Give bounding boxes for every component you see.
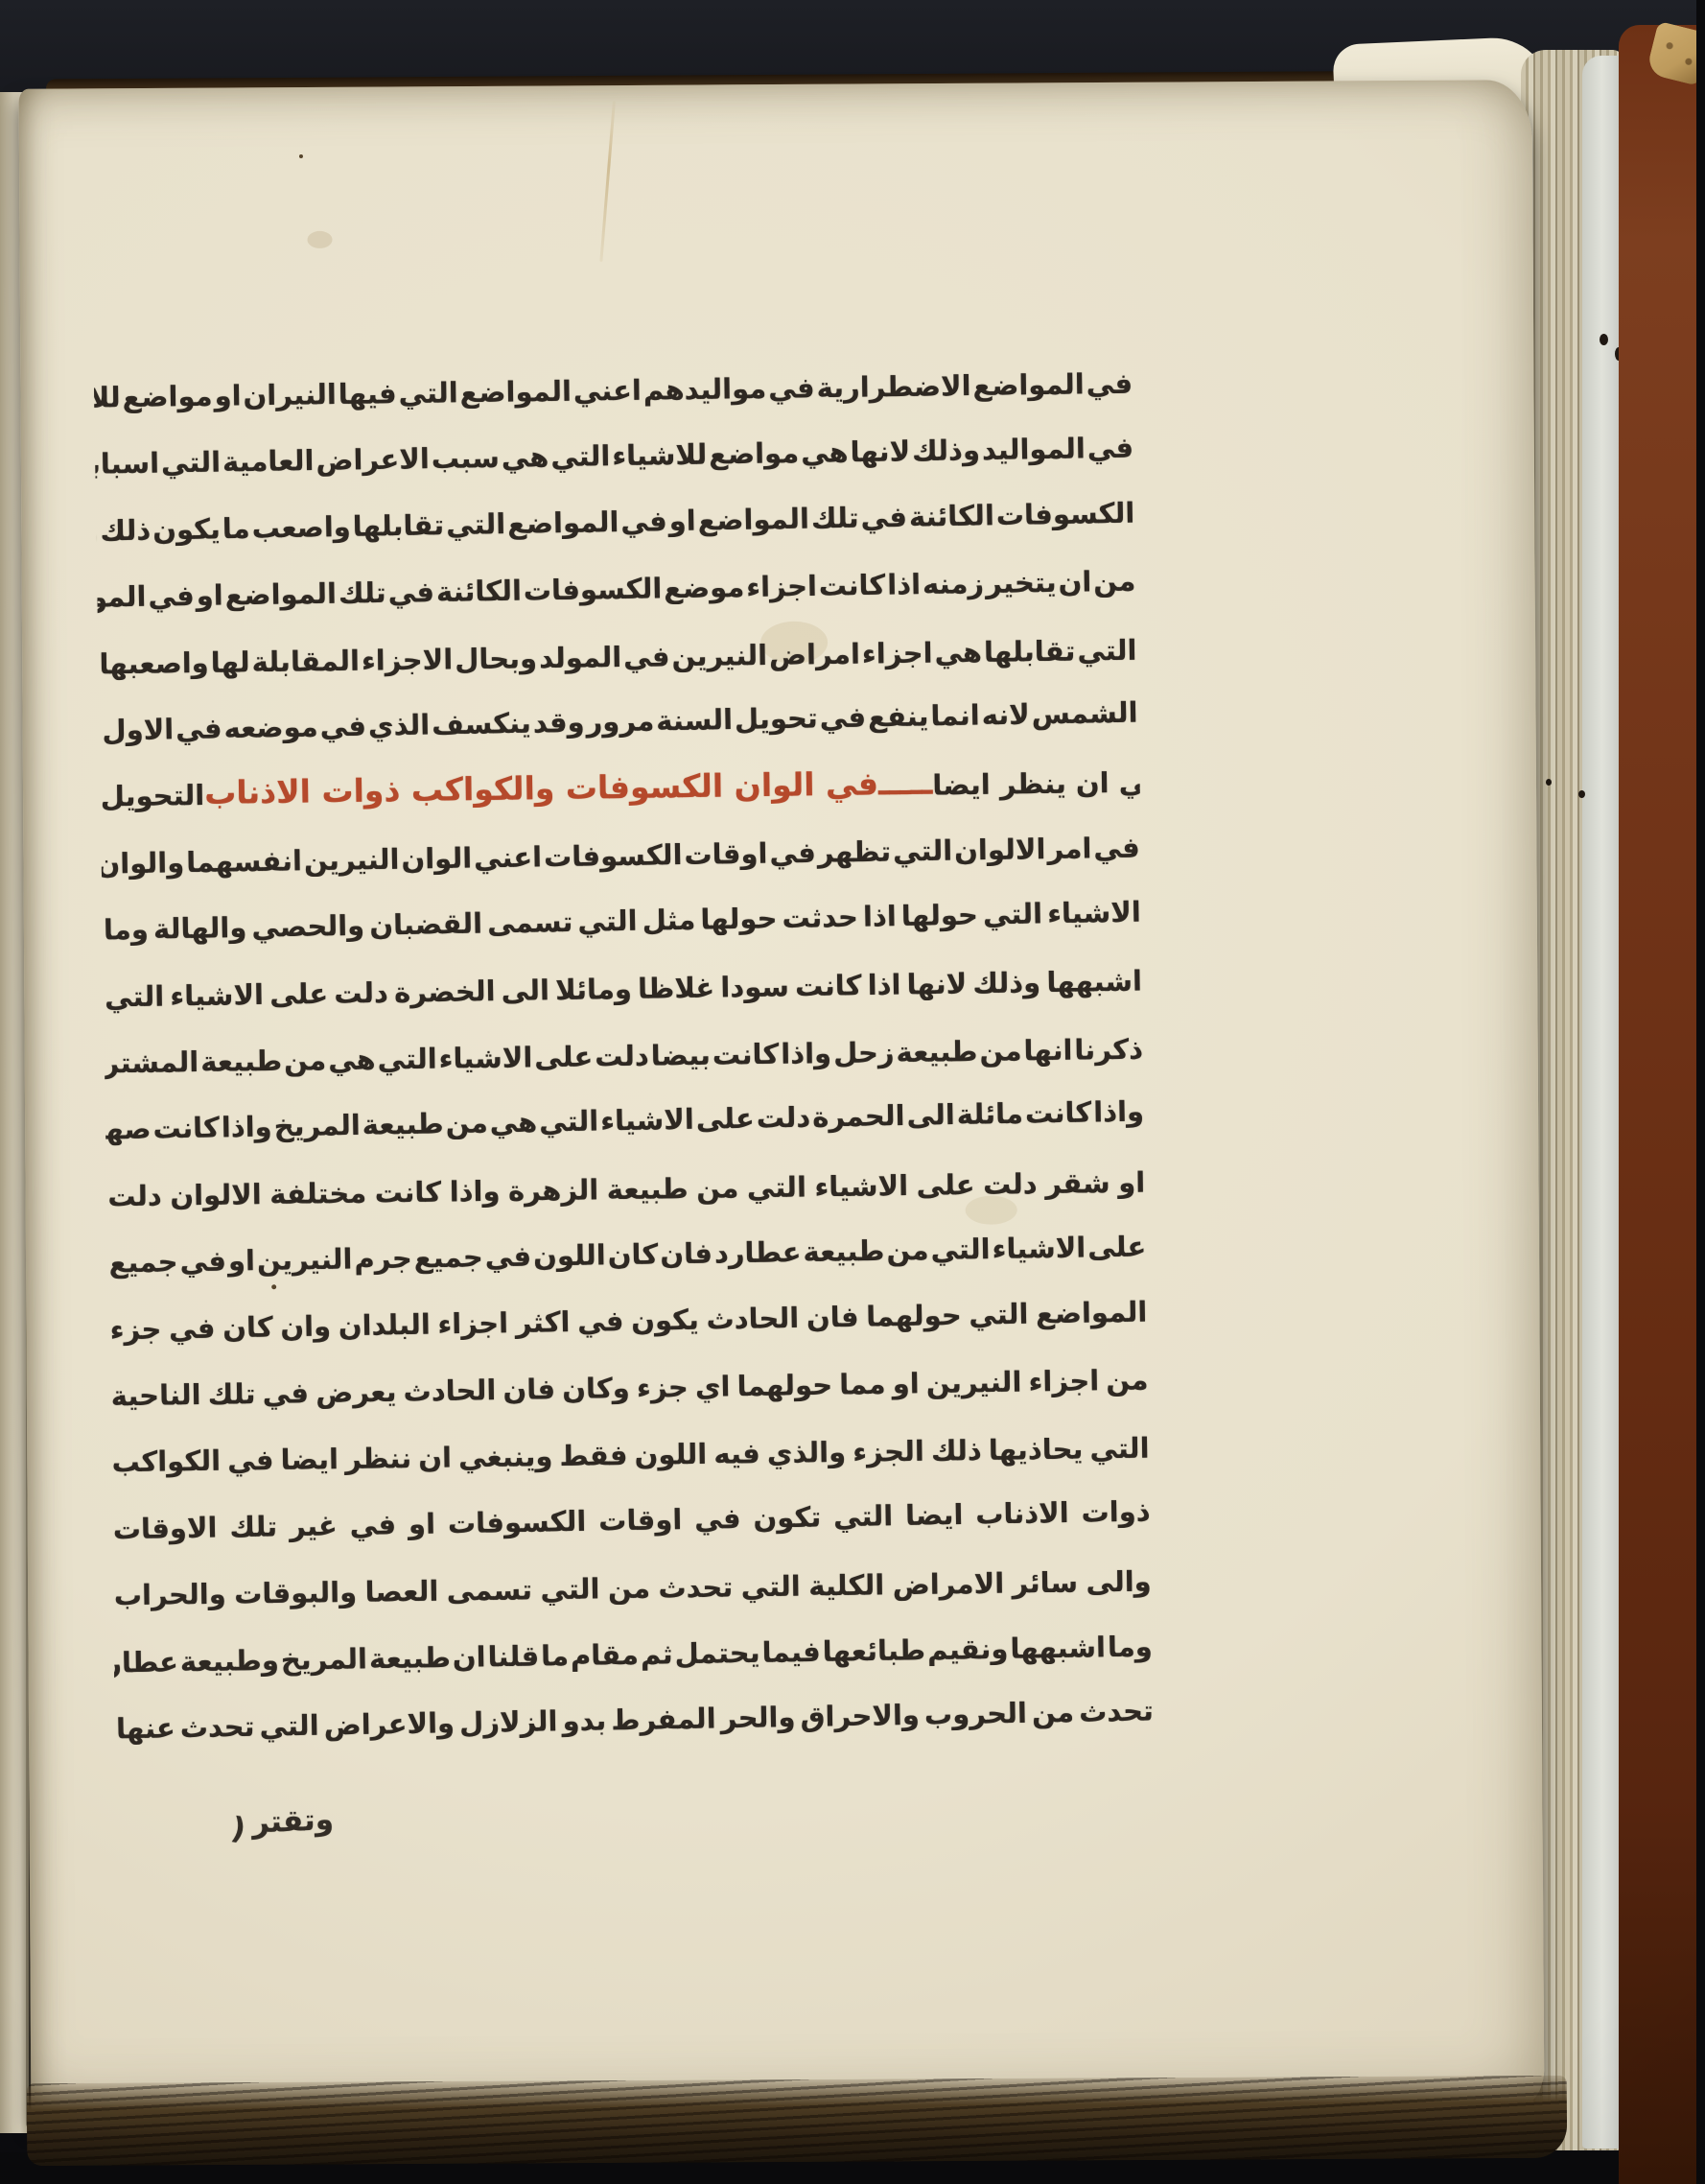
word: هي <box>801 435 849 469</box>
word: سبب <box>432 441 501 475</box>
word: وان <box>280 1309 331 1343</box>
word: من <box>1093 565 1136 599</box>
word: المشتري <box>105 1045 199 1079</box>
word: كان <box>222 1310 273 1344</box>
word: اشبهها <box>1010 1631 1106 1665</box>
word: الخضرة <box>394 975 496 1009</box>
word: التي <box>377 1043 436 1076</box>
word: جميع <box>413 1240 483 1274</box>
word: وينبغي <box>458 1440 553 1473</box>
text-block: فيالمواضعالاضطراريةفيمواليدهماعنيالمواضع… <box>94 348 1157 1899</box>
word: تلك <box>811 502 859 535</box>
word: في <box>387 575 434 609</box>
word: يتخير <box>986 566 1057 599</box>
word: او <box>214 379 241 411</box>
word: اسبابها <box>95 447 160 481</box>
word: ان <box>1058 565 1091 599</box>
word: الاشياء <box>814 1169 908 1203</box>
word: جزء <box>109 1312 161 1346</box>
word: الاجزاء <box>362 643 454 676</box>
word: الذي <box>368 708 431 741</box>
word: من <box>696 1171 739 1205</box>
word: من <box>886 1233 929 1267</box>
word: وقت <box>99 714 101 746</box>
word: النيرين <box>257 1242 353 1277</box>
word: على <box>269 977 329 1011</box>
word: الكسوفات <box>996 497 1135 532</box>
word: التي <box>740 1570 800 1604</box>
word: المواضع <box>459 375 572 410</box>
manuscript-line: مناجزاءالنيريناومماحولهماايجزءوكانفانالح… <box>109 1346 1150 1412</box>
word: مقام <box>571 1638 640 1672</box>
word: تحدث <box>180 1710 255 1744</box>
word: الاضطرارية <box>816 369 970 404</box>
word: الاشياء <box>1047 896 1141 930</box>
word: في <box>262 1376 309 1410</box>
word: طبيعة <box>803 1234 884 1268</box>
word: في <box>577 1304 624 1338</box>
manuscript-line: التحويلفي الوان الكسوفات والكواكب ذوات ا… <box>100 749 1140 813</box>
word: على <box>534 1040 593 1073</box>
word: والاعراض <box>323 1706 455 1741</box>
word: في <box>179 1245 226 1279</box>
word: تسمى <box>447 1573 533 1607</box>
word: من <box>979 1034 1022 1068</box>
word: جرم <box>354 1242 412 1276</box>
bottom-page-edges-shadow <box>27 2076 1567 2166</box>
word: واصعبها <box>99 646 209 681</box>
word: الوان <box>401 841 472 875</box>
word: ما <box>222 512 250 545</box>
word: مواضع <box>709 436 799 470</box>
word: طبيعة <box>896 1035 977 1069</box>
word: يحتمل <box>674 1636 759 1670</box>
word: طبيعة <box>362 1107 444 1140</box>
word: في <box>819 701 866 735</box>
word: فيها <box>339 377 397 411</box>
word: النيرين <box>304 843 400 878</box>
paper-stain <box>307 231 332 248</box>
word: التي <box>398 376 457 410</box>
word: الالوان <box>170 1178 262 1211</box>
word: التي <box>969 1298 1029 1331</box>
word: والحراب <box>114 1578 226 1612</box>
word: الى <box>501 974 549 1007</box>
word: دلت <box>334 976 388 1010</box>
word: الاشياء <box>600 1103 694 1138</box>
word: من <box>445 1107 488 1140</box>
manuscript-line: علىالاشياءالتيمنطبيعةعطاردفانكاناللونفيج… <box>107 1212 1148 1279</box>
word: الشمس <box>1031 696 1137 731</box>
word: في <box>1093 832 1140 865</box>
word: من <box>608 1572 651 1606</box>
word: اعني <box>474 840 542 874</box>
word: ان <box>418 1441 452 1473</box>
word: الاوقات <box>113 1511 218 1545</box>
word: كانت <box>795 969 862 1002</box>
word: المريخ <box>273 1109 361 1143</box>
word: ينفع <box>868 699 929 733</box>
word: هي <box>934 636 982 669</box>
word: الكائنة <box>909 499 994 533</box>
manuscript-line: التييحاذيهاذلكالجزءوالذيفيهاللونفقطوينبغ… <box>110 1415 1151 1479</box>
word: قلنا <box>487 1639 539 1673</box>
word: اوقات <box>684 837 768 871</box>
word: الكسوفات <box>448 1505 587 1540</box>
right-background-edge <box>1696 0 1705 2184</box>
word: تظهر <box>818 835 892 869</box>
word: او <box>668 505 696 537</box>
word: التي <box>1089 1432 1149 1466</box>
word: ان <box>453 1640 486 1674</box>
word: ذكرنا <box>1074 1033 1143 1067</box>
word: الاشياء <box>438 1041 532 1074</box>
word: الكسوفات <box>524 572 663 606</box>
word: واذا <box>1093 1095 1144 1129</box>
manuscript-line: الشمسلانهانماينفعفيتحويلالسنةمروروقدينكس… <box>99 679 1139 747</box>
catchword: وتقتر( <box>232 1802 335 1841</box>
word: فان <box>660 1237 712 1271</box>
word: كان <box>607 1237 658 1271</box>
word: مثل <box>642 904 695 937</box>
word: واصعب <box>251 510 351 545</box>
word: واذا <box>449 1175 500 1209</box>
word: النيران <box>243 378 337 411</box>
word: التي <box>983 897 1043 930</box>
word: يحاذيها <box>989 1433 1084 1467</box>
word: فان <box>806 1301 859 1334</box>
word: التي <box>930 1233 991 1266</box>
word: ثم <box>641 1637 673 1671</box>
word: هي <box>489 1106 537 1139</box>
word: البلدان <box>338 1308 431 1343</box>
word: على <box>1087 1230 1147 1263</box>
word: في <box>227 1444 274 1477</box>
paper-stain <box>599 101 616 262</box>
word: وما <box>1108 1630 1153 1663</box>
word: امراض <box>769 638 860 671</box>
word: حولها <box>700 902 778 935</box>
word: فان <box>502 1373 555 1406</box>
word: الناحية <box>110 1378 200 1412</box>
word: السنة <box>656 703 733 737</box>
paper-speck <box>299 154 303 158</box>
word: مما <box>839 1368 886 1401</box>
word: التي <box>1077 634 1136 668</box>
word: والحر <box>720 1701 795 1734</box>
word: اجزاء <box>437 1306 508 1340</box>
word: تلك <box>339 576 386 610</box>
word: ذلك <box>100 514 151 548</box>
word: او <box>1118 1166 1145 1199</box>
word: كانت <box>152 1111 220 1144</box>
word: اجزاء <box>1028 1364 1099 1397</box>
manuscript-line: التيتقابلهاهياجزاءامراضالنيرينفيالمولدوب… <box>98 617 1138 681</box>
word: في <box>769 836 816 870</box>
word: اذا <box>887 568 921 601</box>
word: التي <box>550 439 611 473</box>
word: والحصي <box>251 909 364 944</box>
word: مرور <box>586 704 654 738</box>
word: المريخ <box>281 1642 368 1676</box>
word: ذلك <box>931 1434 982 1468</box>
word: مائلة <box>956 1097 1023 1131</box>
word: وذلك <box>972 966 1040 999</box>
word: وطبيعة <box>180 1644 280 1679</box>
word: حولهما <box>866 1299 962 1333</box>
word: وذلك <box>912 434 980 467</box>
word: وقد <box>532 706 584 740</box>
word: هي <box>502 440 549 474</box>
word: طبيعة <box>607 1172 689 1206</box>
word: ينكسف <box>432 707 531 741</box>
word: الاعراض <box>315 442 430 477</box>
word: غلاظا <box>638 972 715 1005</box>
word: النيرين <box>671 639 767 672</box>
word: اجزاء <box>746 570 817 603</box>
word: في <box>1087 432 1134 465</box>
word: اللون <box>533 1238 606 1272</box>
word: دلت <box>107 1180 162 1213</box>
word: العامية <box>222 444 315 478</box>
word: امر <box>1047 832 1091 865</box>
word: والوان <box>101 846 184 880</box>
word: اجزاء <box>862 637 933 670</box>
word: والذي <box>767 1436 847 1469</box>
word: الكسوفات <box>544 838 683 873</box>
word: الكائنة <box>436 575 522 608</box>
word: المولد <box>539 641 622 674</box>
word: الى <box>906 1098 955 1132</box>
word: في <box>148 579 195 613</box>
word: المواضع <box>224 577 337 612</box>
word: ونقيم <box>927 1632 1009 1666</box>
word: في <box>623 640 670 673</box>
word: لانها <box>850 434 910 468</box>
word: الاول <box>102 713 174 746</box>
word: التي <box>105 980 165 1014</box>
word: تقابلها <box>352 508 444 543</box>
word: الحادث <box>706 1302 799 1336</box>
word: التي <box>540 1572 599 1606</box>
manuscript-line: واذاكانتمائلةالىالحمرةدلتعلىالاشياءالتيه… <box>105 1078 1146 1146</box>
word: بدو <box>562 1703 606 1737</box>
word: تقابلها <box>984 635 1076 669</box>
catchword-text: وتقتر <box>251 1802 335 1840</box>
word: يكون <box>631 1303 699 1337</box>
word: التي <box>577 904 638 938</box>
word: ومائلا <box>555 973 632 1006</box>
word: للاوتاد <box>94 381 121 413</box>
word: انها <box>1023 1034 1072 1068</box>
word: المواضع <box>697 503 809 537</box>
word: وبحال <box>455 642 537 675</box>
word: او <box>892 1367 919 1399</box>
word: عنها <box>116 1711 175 1745</box>
manuscript-line: فيالمواضعالاضطراريةفيمواليدهماعنيالمواضع… <box>94 350 1134 414</box>
manuscript-line: ذكرناانهامنطبيعةزحلواذاكانتبيضادلتعلىالا… <box>105 1016 1145 1080</box>
word: تحدث <box>1079 1694 1154 1727</box>
word: حولها <box>901 899 979 932</box>
word: عطارد <box>714 1235 802 1269</box>
word: لانها <box>906 967 967 1000</box>
word: في <box>175 712 222 745</box>
word: اشبهها <box>1046 965 1142 999</box>
word: كانت <box>819 569 886 602</box>
word: الاشياء <box>992 1231 1086 1265</box>
word: دلت <box>756 1101 810 1135</box>
word: الموضع <box>97 580 147 614</box>
word: اوقات <box>598 1503 683 1538</box>
word: في <box>1086 367 1133 401</box>
word: هي <box>328 1044 376 1077</box>
manuscript-line: والىسائرالامراضالكليةالتيتحدثمنالتيتسمىا… <box>112 1548 1153 1612</box>
manuscript-line: الاشياءالتيحولهااذاحدثتحولهامثلالتيتسمىا… <box>102 879 1142 947</box>
word: تحويل <box>735 701 818 736</box>
word: موضعه <box>223 711 318 745</box>
word: من <box>1032 1696 1075 1729</box>
word: المواضع <box>1036 1296 1148 1330</box>
word: مواليدهم <box>643 372 767 407</box>
word: الالوان <box>954 833 1046 866</box>
word: اذا <box>867 968 900 1001</box>
word: في <box>169 1311 216 1345</box>
word: موضع <box>664 571 745 604</box>
word: على <box>695 1102 755 1136</box>
word: يكون <box>152 512 221 546</box>
manuscript-line: الكسوفاتالكائنةفيتلكالمواضعاوفيالمواضعال… <box>96 480 1136 548</box>
line-end-word: التحويل <box>100 779 204 812</box>
word: عطارد <box>113 1645 178 1679</box>
word: واذا <box>222 1110 272 1143</box>
section-opening: وينبغي ان ينظر ايضا <box>932 765 1140 802</box>
word: من <box>1106 1363 1149 1397</box>
manuscript-page: فيالمواضعالاضطراريةفيمواليدهماعنيالمواضع… <box>19 80 1545 2121</box>
word: زمنه <box>923 567 985 600</box>
word: القضبان <box>369 907 482 942</box>
word: طبيعة <box>369 1641 451 1675</box>
word: الاذناب <box>975 1496 1069 1531</box>
word: الحمرة <box>812 1099 905 1134</box>
leather-cover <box>1619 25 1705 2184</box>
word: العصا <box>364 1575 438 1609</box>
word: دلت <box>595 1040 649 1073</box>
word: وكان <box>562 1372 630 1405</box>
word: والاحراق <box>800 1699 920 1733</box>
word: اعني <box>573 374 642 408</box>
word: اي <box>695 1370 731 1403</box>
word: وابعد <box>96 514 99 547</box>
word: طبيعة <box>200 1045 282 1078</box>
word: سودا <box>720 970 789 1003</box>
word: الحروب <box>924 1697 1028 1731</box>
word: المقابلة <box>251 645 360 679</box>
word: النيرين <box>926 1366 1022 1400</box>
word: للاشياء <box>612 438 708 473</box>
word: التي <box>893 834 953 868</box>
word: يعرض <box>315 1375 397 1409</box>
word: كانت <box>375 1176 442 1209</box>
word: غير <box>290 1509 338 1542</box>
word: التي <box>259 1709 319 1743</box>
word: في <box>620 505 667 538</box>
edge-ink-speck <box>1578 790 1585 798</box>
manuscript-line: فيالمواليدوذلكلانهاهيمواضعللاشياءالتيهيس… <box>95 414 1135 481</box>
word: المواليد <box>982 432 1086 466</box>
word: جميع <box>108 1245 178 1279</box>
word: الاشياء <box>170 978 264 1013</box>
word: كانت <box>1025 1096 1092 1130</box>
divider-dash: ـــــ <box>878 764 933 803</box>
word: فقط <box>559 1439 627 1472</box>
word: المواضع <box>972 367 1085 402</box>
word: سائر <box>1012 1566 1078 1600</box>
word: كانت <box>712 1038 780 1071</box>
manuscript-line: منانيتخيرزمنهاذاكانتاجزاءموضعالكسوفاتالك… <box>97 548 1137 614</box>
word: انما <box>930 698 980 732</box>
word: الزلازل <box>459 1704 558 1739</box>
word: والهالة <box>153 911 247 946</box>
word: صهبا <box>105 1113 152 1146</box>
word: على <box>916 1168 974 1202</box>
word: اكثر <box>515 1305 570 1339</box>
word: الكواكب <box>111 1444 221 1479</box>
word: المواضع <box>507 505 619 540</box>
word: والى <box>1086 1565 1152 1599</box>
word: ايضا <box>905 1498 964 1532</box>
word: زحل <box>833 1036 895 1069</box>
word: تلك <box>208 1377 256 1411</box>
word: طبائعها <box>822 1633 925 1668</box>
manuscript-line: المواضعالتيحولهمافانالحادثيكونفياكثراجزا… <box>108 1279 1149 1347</box>
word: المفرط <box>611 1702 716 1736</box>
word: في <box>768 371 815 405</box>
word: حولهما <box>736 1369 832 1403</box>
word: التي <box>539 1104 599 1138</box>
word: التي <box>833 1499 894 1533</box>
manuscript-line: تحدثمنالحروبوالاحراقوالحرالمفرطبدوالزلاز… <box>114 1677 1155 1745</box>
word: الحادث <box>403 1374 496 1408</box>
word: والبوقات <box>234 1576 357 1610</box>
word: اللون <box>634 1438 707 1471</box>
word: لانه <box>981 698 1030 732</box>
manuscript-photo: فيالمواضعالاضطراريةفيمواليدهماعنيالمواضع… <box>0 0 1705 2184</box>
word: التي <box>161 446 222 480</box>
word: مواضع <box>122 380 212 413</box>
word: التي <box>747 1170 806 1204</box>
word: لها <box>210 646 249 679</box>
word: واذا <box>781 1037 831 1070</box>
word: جزء <box>637 1371 689 1404</box>
manuscript-line: ومااشبههاونقيمطبائعهافيمايحتملثممقامماقل… <box>113 1612 1154 1679</box>
word: في <box>349 1508 396 1541</box>
word: تلك <box>229 1510 277 1543</box>
word: دلت <box>983 1167 1038 1201</box>
edge-ink-speck <box>1600 334 1608 345</box>
word: انفسهما <box>186 844 302 879</box>
word: او <box>196 579 222 612</box>
word: ما <box>541 1639 569 1672</box>
word: او <box>228 1244 255 1277</box>
word: الجزء <box>852 1435 924 1468</box>
manuscript-line: فيامرالالوانالتيتظهرفياوقاتالكسوفاتاعنيا… <box>101 814 1141 881</box>
word: مختلفة <box>269 1177 366 1210</box>
word: فيه <box>713 1437 760 1470</box>
word: ذوات <box>1081 1495 1151 1529</box>
word: اذا <box>863 900 897 933</box>
word: او <box>409 1508 436 1540</box>
word: ايضا <box>280 1443 339 1476</box>
